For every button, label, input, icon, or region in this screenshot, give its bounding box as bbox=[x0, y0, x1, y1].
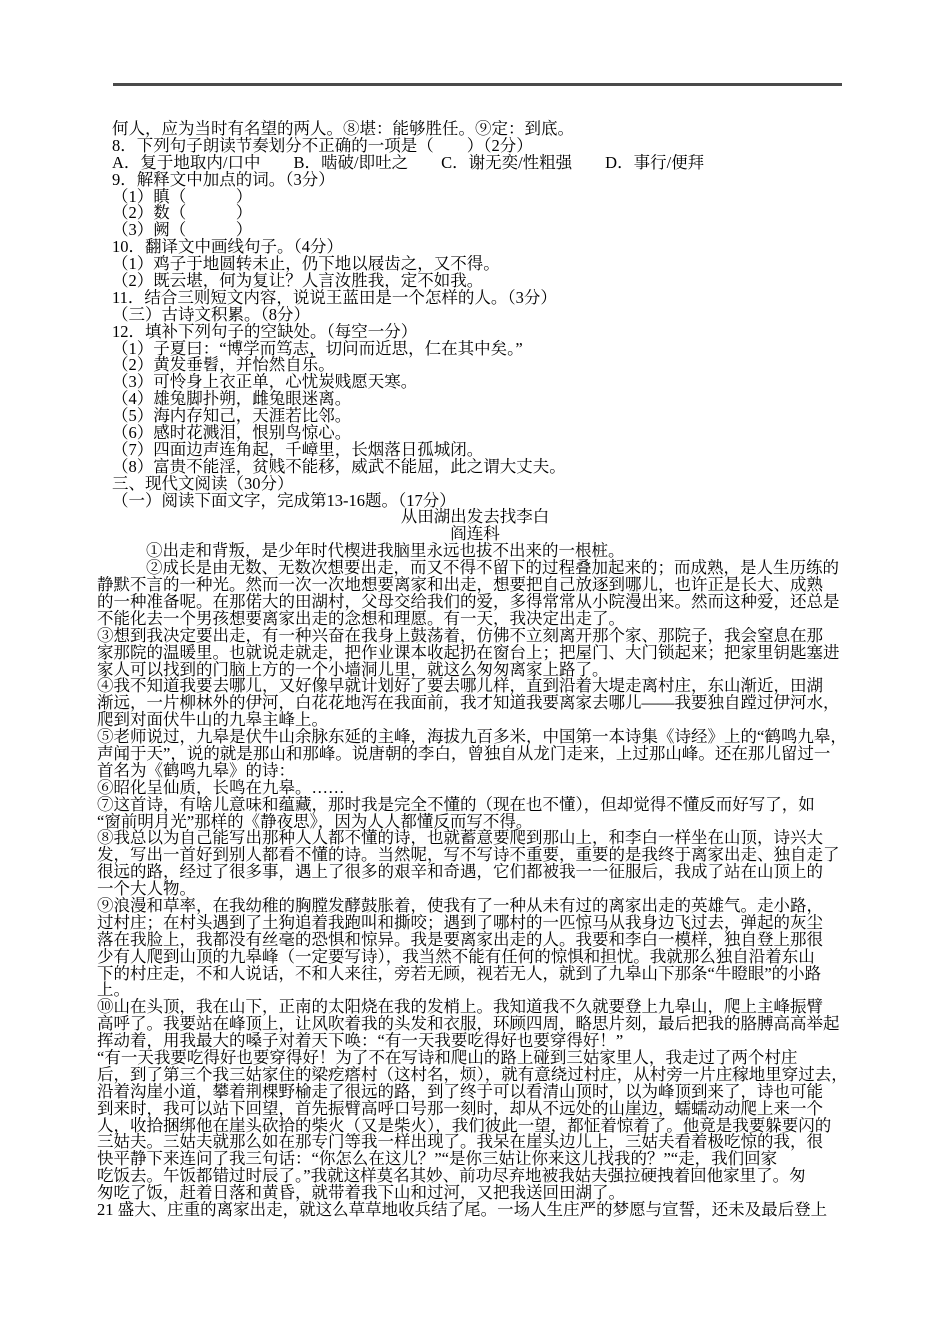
header-divider-line bbox=[113, 83, 842, 86]
text-line: 下的村庄走，不和人说话，不和人来往，旁若无顾，视若无人，就到了九皋山下那条“牛瞪… bbox=[97, 966, 950, 983]
text-line: 少有人爬到山顶的九皋峰（一定要写诗），我当然不能有任何的惊惧和担忧。我就那么独自… bbox=[97, 949, 950, 966]
text-line: 21 盛大、庄重的离家出走，就这么草草地收兵结了尾。一场人生庄严的梦愿与宣誓，还… bbox=[97, 1202, 950, 1219]
text-line: 家那院的温暖里。也就说走就走，把作业课本收起扔在窗台上；把屋门、大门锁起来；把家… bbox=[97, 645, 950, 662]
text-line: 到来时，我可以站下回望，首先振臂高呼口号那一刻时，却从不远处的山崖边，蠕蠕动动爬… bbox=[97, 1101, 950, 1118]
text-line: 很远的路，经过了很多事，遇上了很多的艰辛和奇遇，它们都被我一一征服后，我成了站在… bbox=[97, 864, 950, 881]
exam-document-page: 何人，应为当时有名望的两人。⑧堪：能够胜任。⑨定：到底。8．下列句子朗读节奏划分… bbox=[0, 0, 950, 1344]
text-line: ⑦这首诗，有啥儿意味和蕴藏，那时我是完全不懂的（现在也不懂），但却觉得不懂反而好… bbox=[97, 797, 950, 814]
exam-text-block: 何人，应为当时有名望的两人。⑧堪：能够胜任。⑨定：到底。8．下列句子朗读节奏划分… bbox=[0, 121, 950, 1219]
